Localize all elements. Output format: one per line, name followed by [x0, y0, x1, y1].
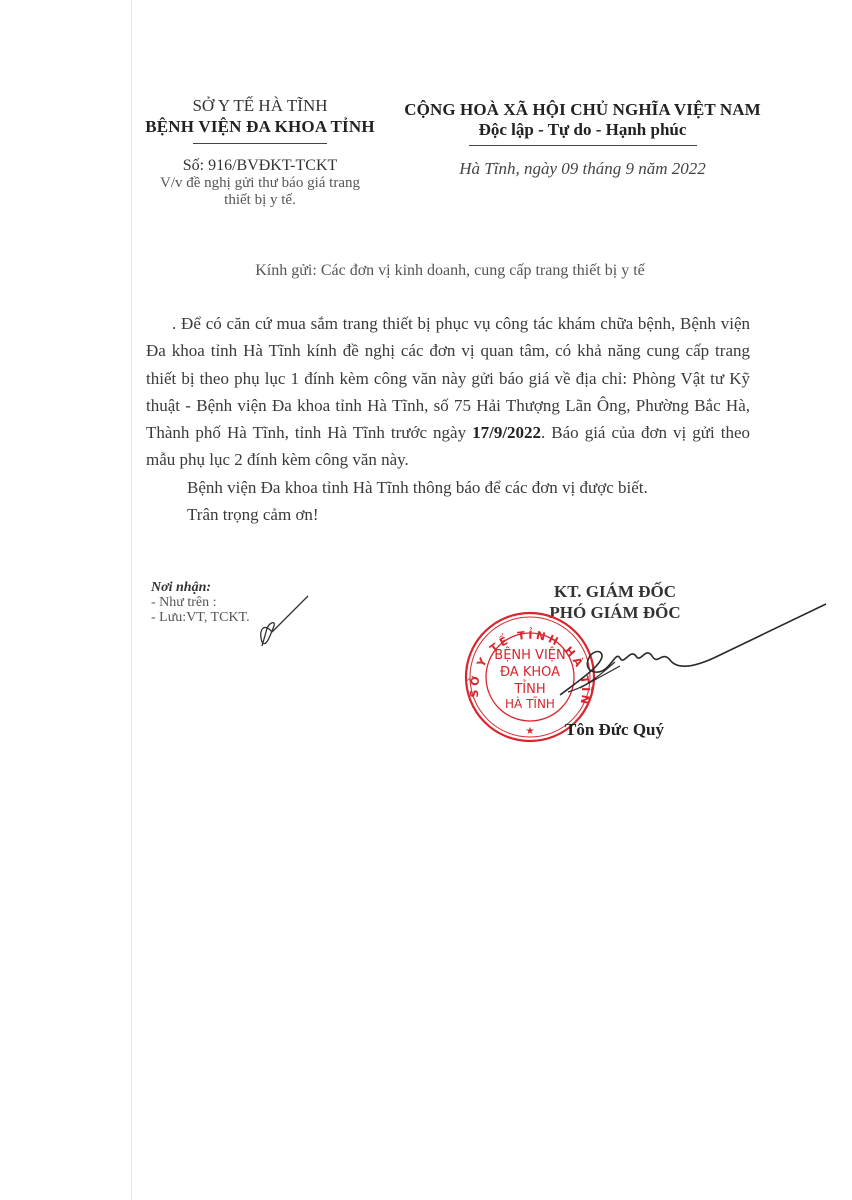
national-header: CỘNG HOÀ XÃ HỘI CHỦ NGHĨA VIỆT NAM Độc l…	[385, 100, 780, 179]
body-paragraph-1: . Để có căn cứ mua sắm trang thiết bị ph…	[146, 310, 750, 474]
body-paragraph-3: Trân trọng cảm ơn!	[146, 501, 750, 528]
document-number: Số: 916/BVĐKT-TCKT	[130, 156, 390, 175]
subject-line-1: V/v đề nghị gửi thư báo giá trang	[130, 175, 390, 192]
department-name: SỞ Y TẾ HÀ TĨNH	[130, 95, 390, 116]
national-motto: Độc lập - Tự do - Hạnh phúc	[385, 120, 780, 140]
issuer-header: SỞ Y TẾ HÀ TĨNH BỆNH VIỆN ĐA KHOA TỈNH S…	[130, 95, 390, 209]
subject-line-2: thiết bị y tế.	[130, 192, 390, 209]
document-page: SỞ Y TẾ HÀ TĨNH BỆNH VIỆN ĐA KHOA TỈNH S…	[0, 0, 852, 1200]
signer-name: Tôn Đức Quý	[565, 720, 664, 740]
distribution-list: Nơi nhận: - Như trên : - Lưu:VT, TCKT.	[151, 580, 250, 625]
organization-name: BỆNH VIỆN ĐA KHOA TỈNH	[130, 116, 390, 137]
initial-signature-mark	[250, 592, 320, 652]
signature-title-line-1: KT. GIÁM ĐỐC	[530, 581, 700, 602]
distribution-title: Nơi nhận:	[151, 580, 250, 595]
motto-underline	[469, 145, 697, 146]
body-paragraph-2: Bệnh viện Đa khoa tỉnh Hà Tĩnh thông báo…	[146, 474, 750, 501]
distribution-item: - Như trên :	[151, 595, 250, 610]
letter-body: . Để có căn cứ mua sắm trang thiết bị ph…	[146, 310, 750, 528]
handwritten-signature	[520, 600, 840, 710]
seal-star-icon: ★	[526, 726, 535, 737]
header-underline	[193, 143, 327, 144]
distribution-item: - Lưu:VT, TCKT.	[151, 610, 250, 625]
place-date: Hà Tĩnh, ngày 09 tháng 9 năm 2022	[385, 159, 780, 179]
deadline-date: 17/9/2022	[472, 423, 541, 442]
addressee-line: Kính gửi: Các đơn vị kinh doanh, cung cấ…	[140, 262, 760, 280]
country-name: CỘNG HOÀ XÃ HỘI CHỦ NGHĨA VIỆT NAM	[385, 100, 780, 120]
